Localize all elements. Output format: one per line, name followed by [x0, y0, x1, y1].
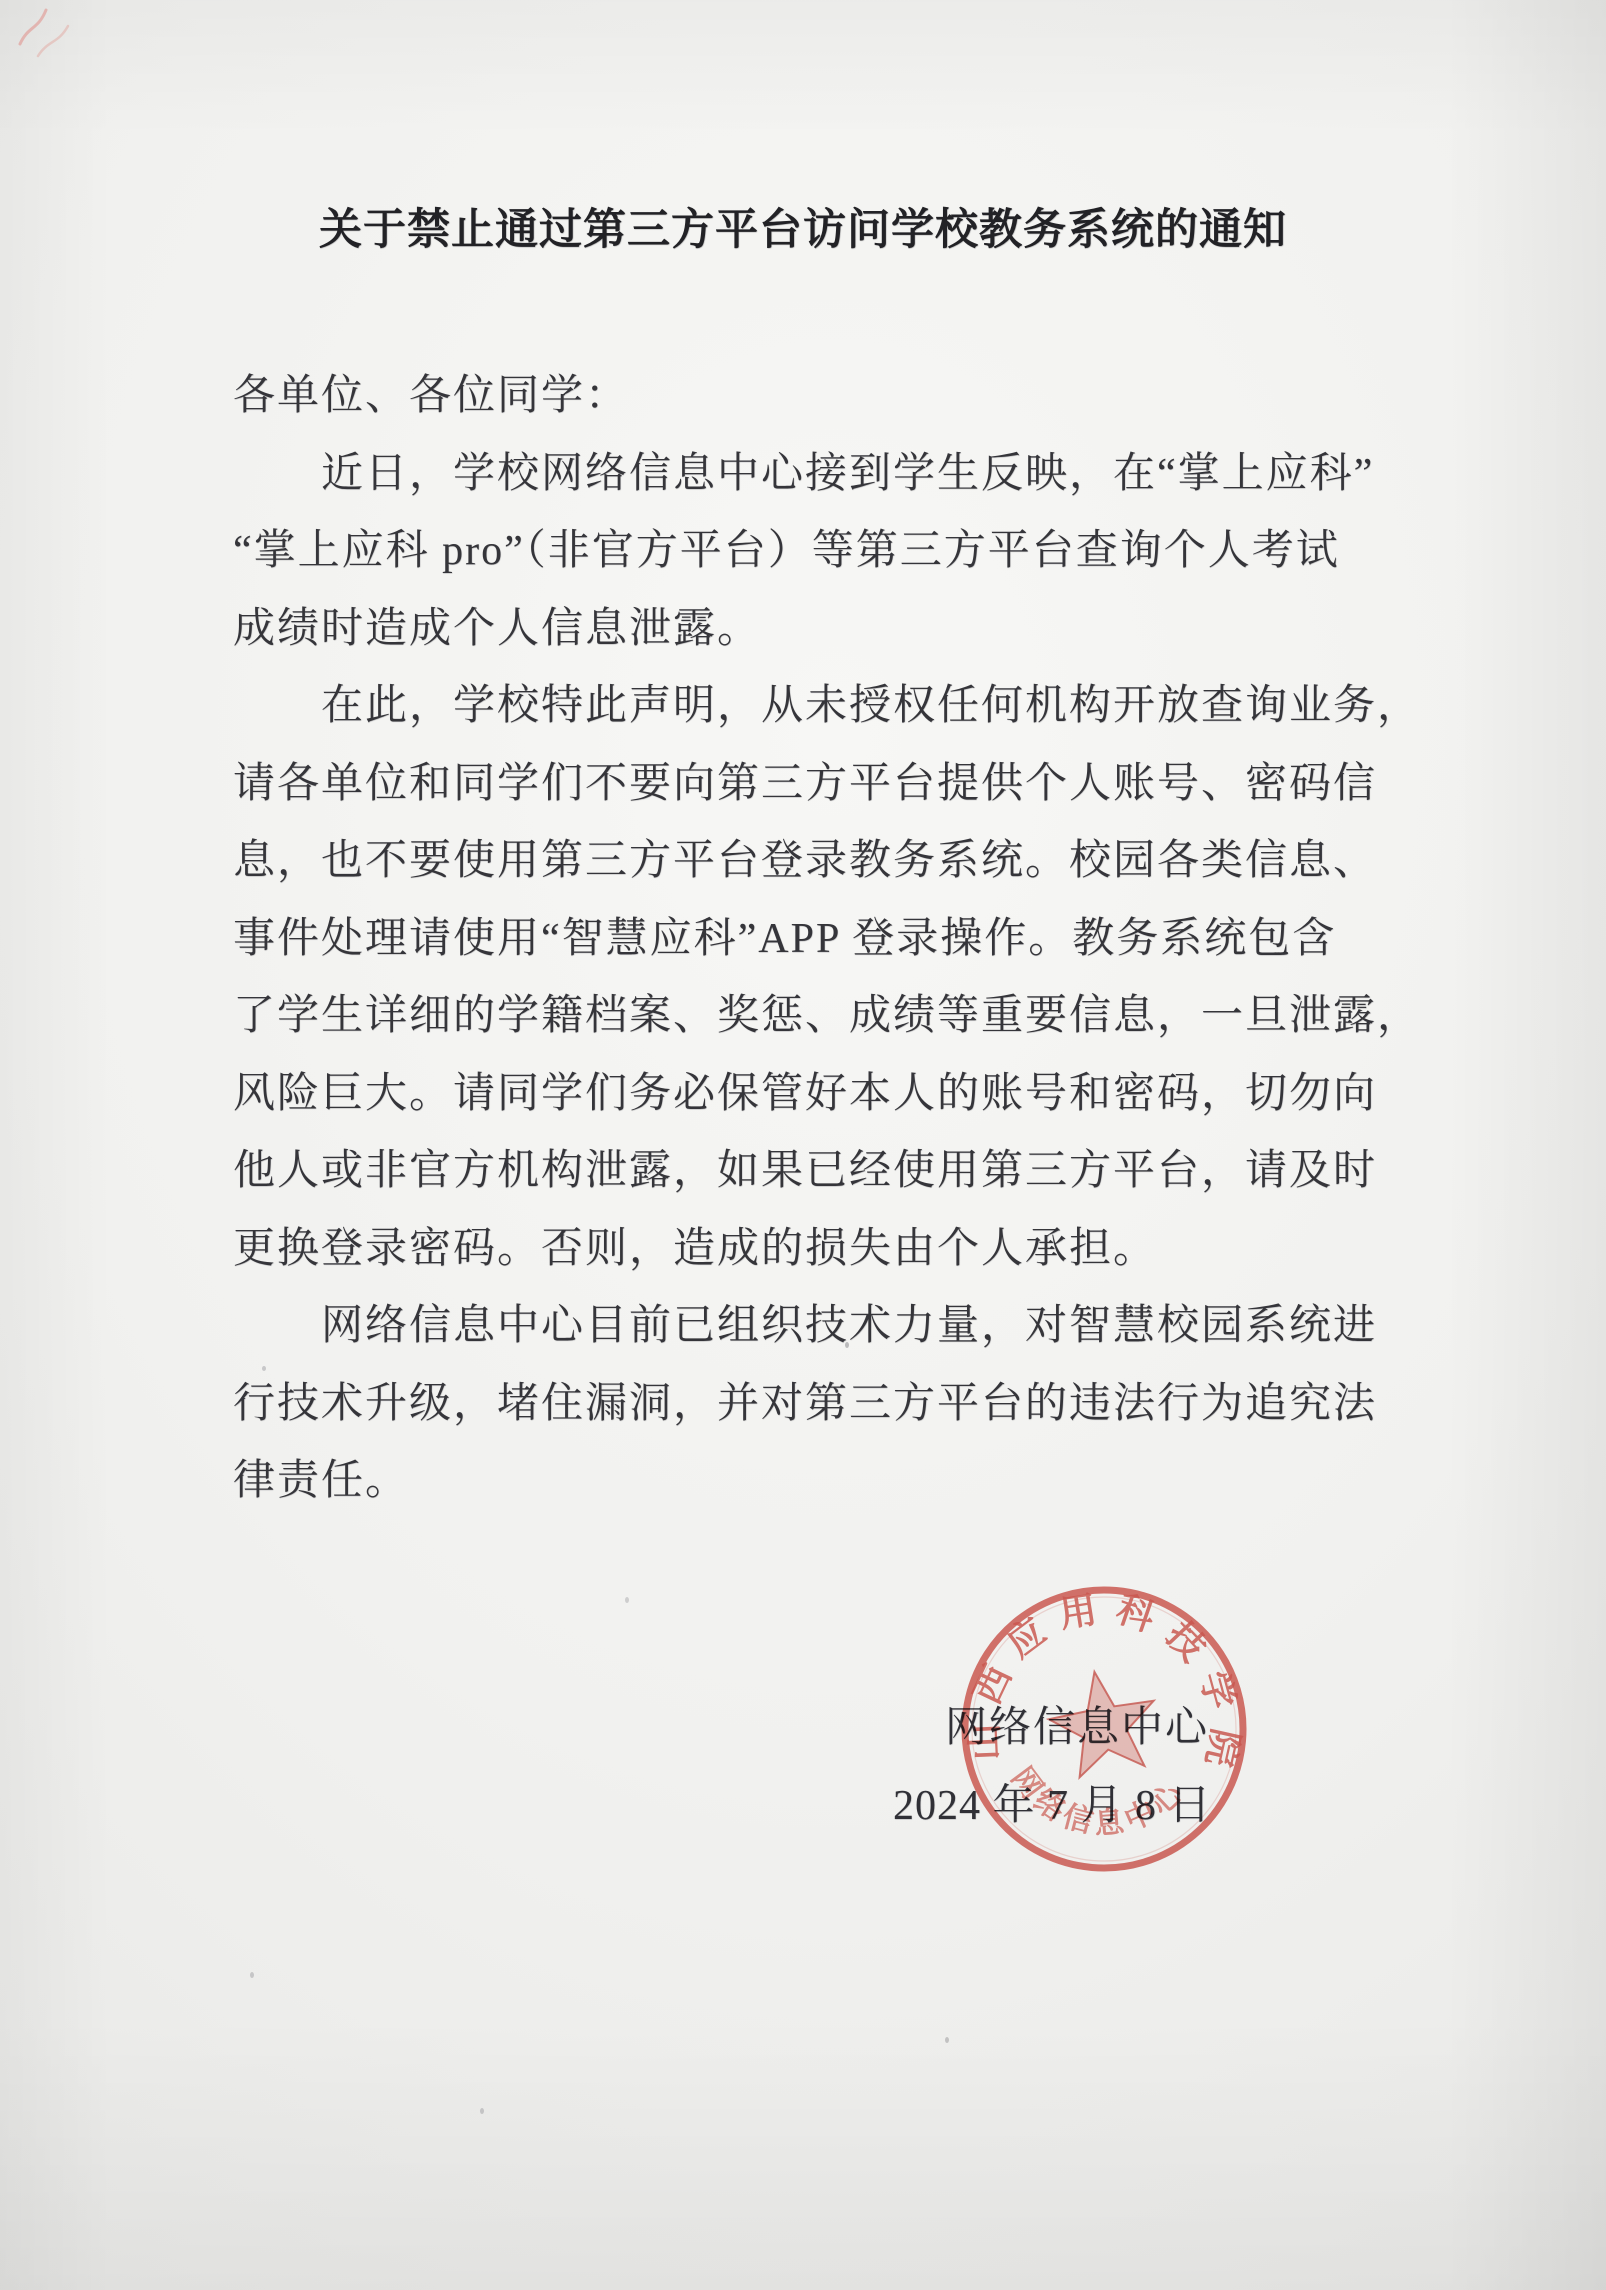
red-pen-scribble-icon [8, 0, 108, 70]
body-line: 在此，学校特此声明，从未授权任何机构开放查询业务， [233, 668, 1443, 746]
stamp-arc-text: 山西应用科技学院 [959, 1579, 1254, 1785]
stamp-bottom-text: 网络信息中心 [1000, 1759, 1195, 1849]
body-line: 息，也不要使用第三方平台登录教务系统。校园各类信息、 [233, 823, 1443, 901]
body-line: 近日，学校网络信息中心接到学生反映，在“掌上应科” [233, 436, 1443, 514]
body-line: 事件处理请使用“智慧应科”APP 登录操作。教务系统包含 [233, 901, 1443, 979]
body-line: 更换登录密码。否则，造成的损失由个人承担。 [233, 1211, 1443, 1289]
scan-speck [262, 1366, 266, 1371]
body-line: 了学生详细的学籍档案、奖惩、成绩等重要信息，一旦泄露， [233, 978, 1443, 1056]
scan-speck [480, 2108, 484, 2114]
notice-body: 各单位、各位同学： 近日，学校网络信息中心接到学生反映，在“掌上应科” “掌上应… [233, 358, 1443, 1521]
scan-speck [945, 2037, 949, 2043]
scan-speck [250, 1972, 254, 1978]
salutation-line: 各单位、各位同学： [233, 358, 1443, 436]
body-line: 成绩时造成个人信息泄露。 [233, 591, 1443, 669]
scan-speck [625, 1597, 629, 1603]
body-line: 风险巨大。请同学们务必保管好本人的账号和密码，切勿向 [233, 1056, 1443, 1134]
stamp-star-icon [1044, 1668, 1156, 1783]
body-line: 行技术升级，堵住漏洞，并对第三方平台的违法行为追究法 [233, 1366, 1443, 1444]
scanned-notice-page: 关于禁止通过第三方平台访问学校教务系统的通知 各单位、各位同学： 近日，学校网络… [0, 0, 1606, 2290]
scan-speck [845, 1342, 849, 1348]
body-line: 他人或非官方机构泄露，如果已经使用第三方平台，请及时 [233, 1133, 1443, 1211]
official-seal-stamp: 山西应用科技学院 网络信息中心 [954, 1579, 1254, 1879]
body-line: “掌上应科 pro”（非官方平台）等第三方平台查询个人考试 [233, 513, 1443, 591]
notice-title: 关于禁止通过第三方平台访问学校教务系统的通知 [0, 196, 1606, 257]
body-line: 网络信息中心目前已组织技术力量，对智慧校园系统进 [233, 1288, 1443, 1366]
body-line: 请各单位和同学们不要向第三方平台提供个人账号、密码信 [233, 746, 1443, 824]
body-line: 律责任。 [233, 1443, 1443, 1521]
